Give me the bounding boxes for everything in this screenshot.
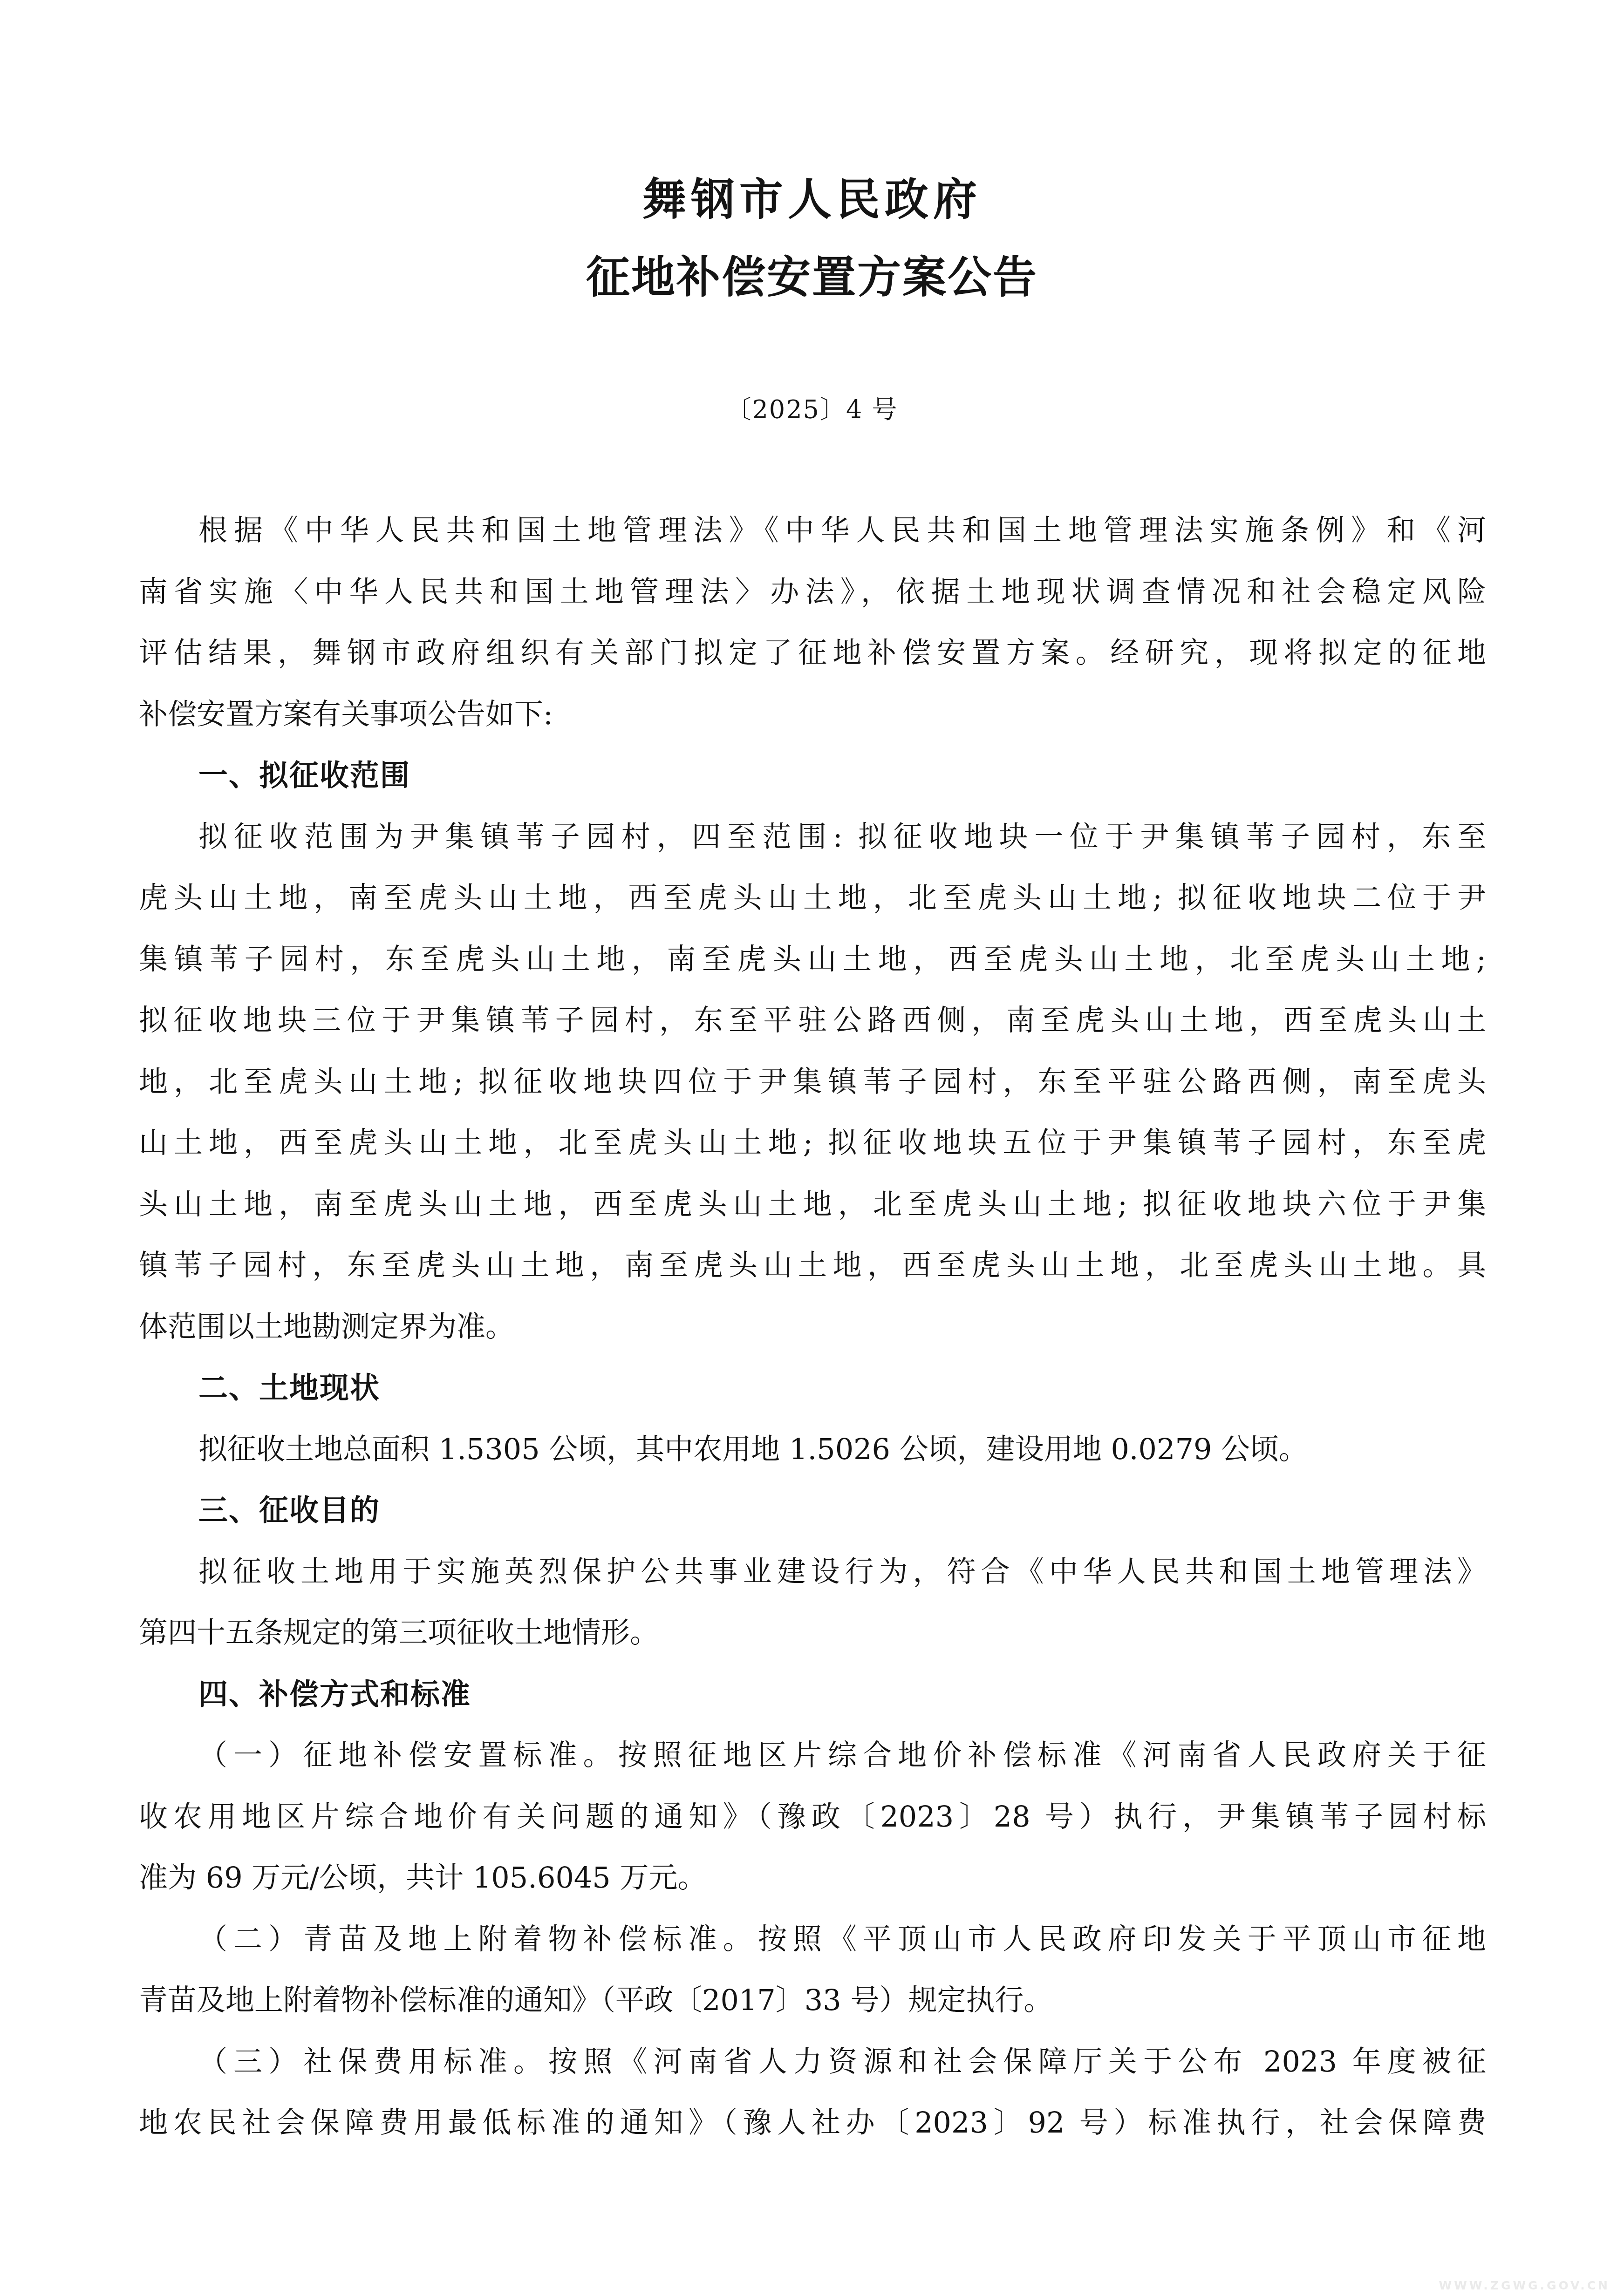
body-line: 准为 69 万元/公顷，共计 105.6045 万元。 xyxy=(139,1847,1486,1909)
document-body: 根据《中华人民共和国土地管理法》《中华人民共和国土地管理法实施条例》和《河南省实… xyxy=(139,500,1486,2153)
body-line: 青苗及地上附着物补偿标准的通知》（平政〔2017〕33 号）规定执行。 xyxy=(139,1970,1486,2031)
body-line: 拟征收范围为尹集镇苇子园村，四至范围: 拟征收地块一位于尹集镇苇子园村，东至 xyxy=(139,806,1486,868)
body-line: 拟征收地块三位于尹集镇苇子园村，东至平驻公路西侧，南至虎头山土地，西至虎头山土 xyxy=(139,990,1486,1051)
document-number: 〔2025〕4 号 xyxy=(0,394,1624,426)
body-line: 根据《中华人民共和国土地管理法》《中华人民共和国土地管理法实施条例》和《河 xyxy=(139,500,1486,561)
body-line: （三）社保费用标准。按照《河南省人力资源和社会保障厅关于公布 2023 年度被征 xyxy=(139,2031,1486,2092)
body-line: （二）青苗及地上附着物补偿标准。按照《平顶山市人民政府印发关于平顶山市征地 xyxy=(139,1909,1486,1970)
body-line: 体范围以土地勘测定界为准。 xyxy=(139,1296,1486,1358)
body-line: 南省实施〈中华人民共和国土地管理法〉办法》，依据土地现状调查情况和社会稳定风险 xyxy=(139,561,1486,623)
section-heading: 三、征收目的 xyxy=(139,1480,1486,1541)
body-line: 拟征收土地用于实施英烈保护公共事业建设行为，符合《中华人民共和国土地管理法》 xyxy=(139,1541,1486,1603)
body-line: 评估结果，舞钢市政府组织有关部门拟定了征地补偿安置方案。经研究，现将拟定的征地 xyxy=(139,622,1486,684)
body-line: 第四十五条规定的第三项征收土地情形。 xyxy=(139,1602,1486,1664)
section-heading: 四、补偿方式和标准 xyxy=(139,1664,1486,1725)
section-heading: 一、拟征收范围 xyxy=(139,745,1486,806)
body-line: 山土地，西至虎头山土地，北至虎头山土地; 拟征收地块五位于尹集镇苇子园村，东至虎 xyxy=(139,1112,1486,1174)
body-line: 地，北至虎头山土地; 拟征收地块四位于尹集镇苇子园村，东至平驻公路西侧，南至虎头 xyxy=(139,1051,1486,1113)
body-line: 补偿安置方案有关事项公告如下: xyxy=(139,684,1486,745)
body-line: 镇苇子园村，东至虎头山土地，南至虎头山土地，西至虎头山土地，北至虎头山土地。具 xyxy=(139,1235,1486,1296)
body-line: 头山土地，南至虎头山土地，西至虎头山土地，北至虎头山土地; 拟征收地块六位于尹集 xyxy=(139,1174,1486,1235)
body-line: 收农用地区片综合地价有关问题的通知》（豫政〔2023〕28 号）执行，尹集镇苇子… xyxy=(139,1786,1486,1848)
body-line: （一）征地补偿安置标准。按照征地区片综合地价补偿标准《河南省人民政府关于征 xyxy=(139,1725,1486,1786)
section-heading: 二、土地现状 xyxy=(139,1357,1486,1419)
body-line: 集镇苇子园村，东至虎头山土地，南至虎头山土地，西至虎头山土地，北至虎头山土地; xyxy=(139,929,1486,990)
body-line: 地农民社会保障费用最低标准的通知》（豫人社办〔2023〕92 号）标准执行，社会… xyxy=(139,2092,1486,2153)
document-subtitle: 征地补偿安置方案公告 xyxy=(0,250,1624,306)
body-line: 虎头山土地，南至虎头山土地，西至虎头山土地，北至虎头山土地; 拟征收地块二位于尹 xyxy=(139,867,1486,929)
scanned-announcement-page: 舞钢市人民政府 征地补偿安置方案公告 〔2025〕4 号 根据《中华人民共和国土… xyxy=(0,0,1624,2296)
site-watermark: WWW.ZGWG.GOV.CN xyxy=(1439,2279,1610,2292)
body-line: 拟征收土地总面积 1.5305 公顷，其中农用地 1.5026 公顷，建设用地 … xyxy=(139,1419,1486,1480)
document-title: 舞钢市人民政府 xyxy=(0,172,1624,228)
